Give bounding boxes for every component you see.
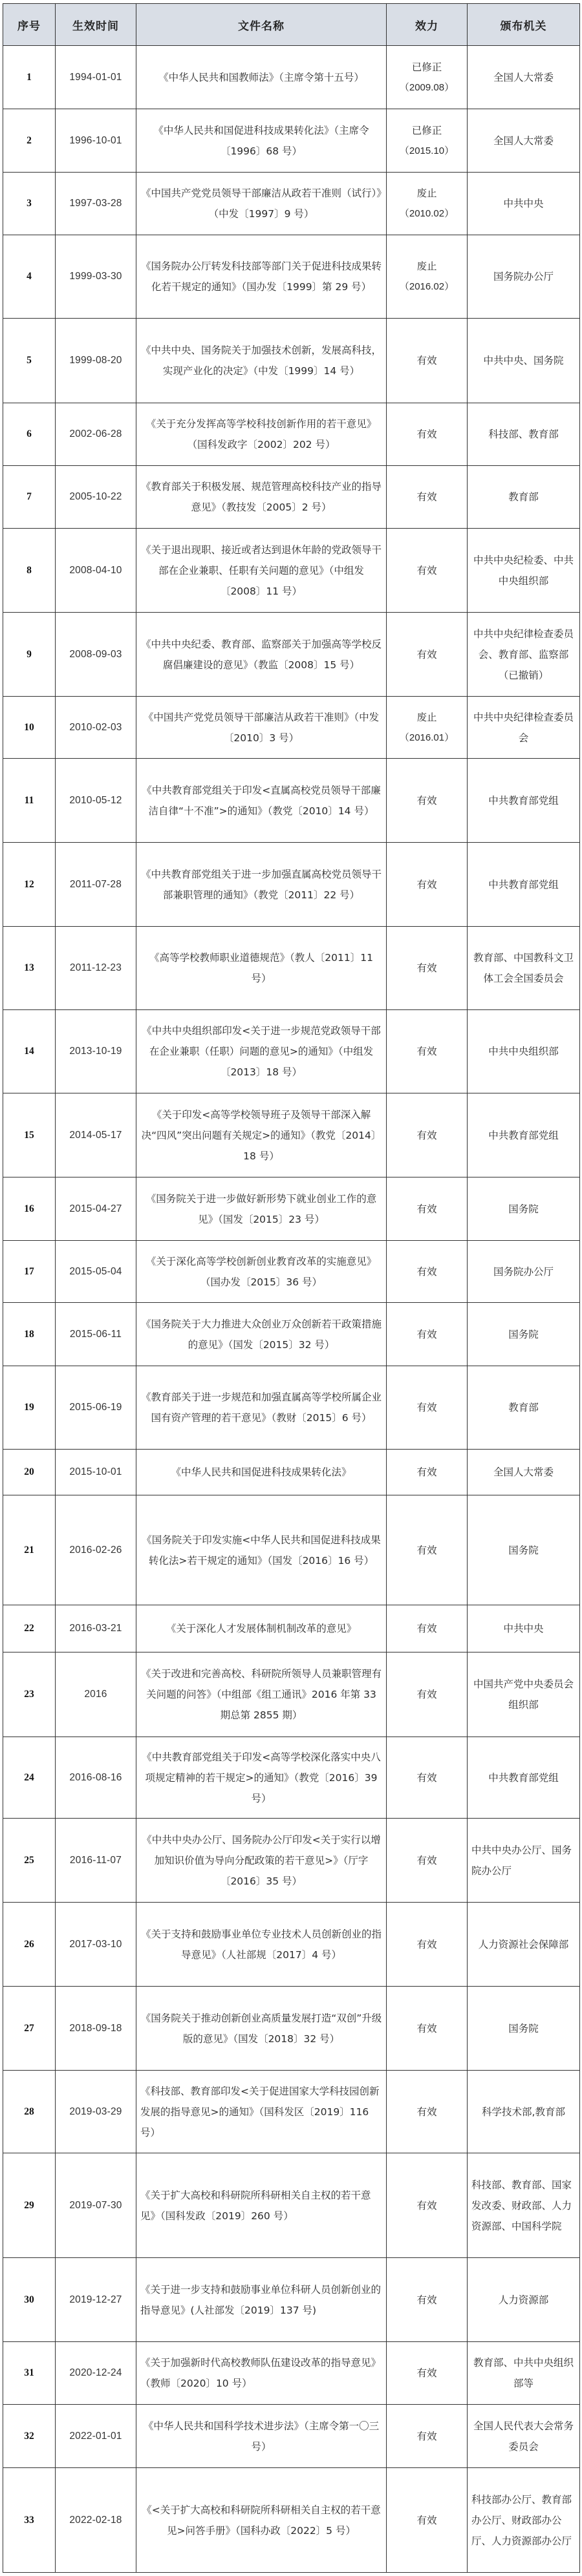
row-effective-date: 2019-03-29 xyxy=(56,2071,136,2153)
row-issuer: 中共中央组织部 xyxy=(468,1010,580,1093)
row-effective-date: 2019-07-30 xyxy=(56,2153,136,2258)
validity-status: 有效 xyxy=(416,1855,436,1866)
row-effective-date: 1996-10-01 xyxy=(56,109,136,173)
row-effective-date: 2011-07-28 xyxy=(56,843,136,927)
row-validity: 有效 xyxy=(387,403,468,466)
table-row: 11994-01-01《中华人民共和国教师法》（主席令第十五号）已修正（2009… xyxy=(3,46,580,109)
validity-status: 有效 xyxy=(416,2294,436,2306)
row-document-name: 《教育部关于进一步规范和加强直属高等学校所属企业国有资产管理的若干意见》（教财〔… xyxy=(136,1366,387,1450)
row-document-name: 《中华人民共和国促进科技成果转化法》（主席令〔1996〕68 号） xyxy=(136,109,387,173)
row-issuer: 国务院 xyxy=(468,1987,580,2071)
table-row: 262017-03-10《关于支持和鼓励事业单位专业技术人员创新创业的指导意见》… xyxy=(3,1903,580,1987)
validity-note: （2016.02） xyxy=(391,277,463,297)
header-issuer: 颁布机关 xyxy=(468,4,580,46)
row-effective-date: 2005-10-22 xyxy=(56,466,136,529)
validity-status: 有效 xyxy=(416,962,436,974)
row-effective-date: 2008-04-10 xyxy=(56,529,136,613)
table-row: 172015-05-04《关于深化高等学校创新创业教育改革的实施意见》（国办发〔… xyxy=(3,1241,580,1303)
row-index: 30 xyxy=(3,2258,56,2342)
row-issuer: 教育部 xyxy=(468,466,580,529)
row-document-name: 《科技部、教育部印发<关于促进国家大学科技园创新发展的指导意见>的通知》（国科发… xyxy=(136,2071,387,2153)
row-index: 17 xyxy=(3,1241,56,1303)
row-validity: 有效 xyxy=(387,1987,468,2071)
validity-status: 废止 xyxy=(416,260,436,272)
row-index: 33 xyxy=(3,2468,56,2573)
validity-status: 有效 xyxy=(416,2515,436,2526)
validity-status: 有效 xyxy=(416,1772,436,1784)
row-validity: 有效 xyxy=(387,466,468,529)
row-index: 12 xyxy=(3,843,56,927)
row-validity: 有效 xyxy=(387,319,468,403)
row-validity: 有效 xyxy=(387,1177,468,1241)
row-index: 31 xyxy=(3,2342,56,2405)
row-document-name: 《中共中央组织部印发<关于进一步规范党政领导干部在企业兼职（任职）问题的意见>的… xyxy=(136,1010,387,1093)
table-header-row: 序号 生效时间 文件名称 效力 颁布机关 xyxy=(3,4,580,46)
table-row: 162015-04-27《国务院关于进一步做好新形势下就业创业工作的意见》（国发… xyxy=(3,1177,580,1241)
row-index: 13 xyxy=(3,927,56,1010)
validity-status: 有效 xyxy=(416,1130,436,1141)
row-issuer: 国务院办公厅 xyxy=(468,1241,580,1303)
row-validity: 有效 xyxy=(387,2153,468,2258)
table-row: 112010-05-12《中共教育部党组关于印发<直属高校党员领导干部廉洁自律“… xyxy=(3,759,580,843)
row-validity: 有效 xyxy=(387,927,468,1010)
table-row: 312020-12-24《关于加强新时代高校教师队伍建设改革的指导意见》（教师〔… xyxy=(3,2342,580,2405)
table-row: 132011-12-23《高等学校教师职业道德规范》（教人〔2011〕11 号）… xyxy=(3,927,580,1010)
row-document-name: 《关于印发<高等学校领导班子及领导干部深入解决“四风”突出问题有关规定>的通知》… xyxy=(136,1093,387,1177)
row-index: 25 xyxy=(3,1819,56,1903)
row-effective-date: 2014-05-17 xyxy=(56,1093,136,1177)
row-index: 2 xyxy=(3,109,56,173)
row-effective-date: 2019-12-27 xyxy=(56,2258,136,2342)
row-index: 19 xyxy=(3,1366,56,1450)
validity-status: 有效 xyxy=(416,1329,436,1340)
row-issuer: 中共中央、国务院 xyxy=(468,319,580,403)
row-issuer: 人力资源社会保障部 xyxy=(468,1903,580,1987)
row-issuer: 科技部办公厅、教育部办公厅、财政部办公厅、人力资源部办公厅 xyxy=(468,2468,580,2573)
row-document-name: 《中国共产党党员领导干部廉洁从政若干准则》（中发〔2010〕3 号） xyxy=(136,697,387,759)
row-document-name: 《中华人民共和国促进科技成果转化法》 xyxy=(136,1450,387,1495)
row-validity: 有效 xyxy=(387,759,468,843)
policy-documents-table: 序号 生效时间 文件名称 效力 颁布机关 11994-01-01《中华人民共和国… xyxy=(3,3,580,2573)
row-index: 32 xyxy=(3,2405,56,2468)
table-row: 222016-03-21《关于深化人才发展体制机制改革的意见》有效中共中央 xyxy=(3,1605,580,1652)
row-issuer: 科技部、教育部、国家发改委、财政部、人力资源部、中国科学院 xyxy=(468,2153,580,2258)
validity-status: 有效 xyxy=(416,795,436,807)
table-row: 102010-02-03《中国共产党党员领导干部廉洁从政若干准则》（中发〔201… xyxy=(3,697,580,759)
row-issuer: 全国人大常委 xyxy=(468,46,580,109)
row-issuer: 国务院 xyxy=(468,1303,580,1366)
validity-status: 废止 xyxy=(416,712,436,723)
validity-note: （2016.01） xyxy=(391,728,463,748)
row-issuer: 人力资源部 xyxy=(468,2258,580,2342)
row-issuer: 中共中央 xyxy=(468,173,580,235)
table-row: 152014-05-17《关于印发<高等学校领导班子及领导干部深入解决“四风”突… xyxy=(3,1093,580,1177)
row-document-name: 《关于进一步支持和鼓励事业单位科研人员创新创业的指导意见》(人社部发〔2019〕… xyxy=(136,2258,387,2342)
row-index: 23 xyxy=(3,1652,56,1737)
row-issuer: 中共中央纪律检查委员会 xyxy=(468,697,580,759)
row-issuer: 中国共产党中央委员会组织部 xyxy=(468,1652,580,1737)
table-row: 272018-09-18《国务院关于推动创新创业高质量发展打造“双创”升级版的意… xyxy=(3,1987,580,2071)
row-document-name: 《国务院办公厅转发科技部等部门关于促进科技成果转化若干规定的通知》（国办发〔19… xyxy=(136,235,387,319)
row-validity: 废止（2016.01） xyxy=(387,697,468,759)
row-effective-date: 2015-06-19 xyxy=(56,1366,136,1450)
row-issuer: 中共中央 xyxy=(468,1605,580,1652)
row-index: 9 xyxy=(3,613,56,697)
row-validity: 有效 xyxy=(387,1495,468,1605)
row-issuer: 中共中央纪检委、中共中央组织部 xyxy=(468,529,580,613)
table-row: 212016-02-26《国务院关于印发实施<中华人民共和国促进科技成果转化法>… xyxy=(3,1495,580,1605)
row-index: 22 xyxy=(3,1605,56,1652)
row-validity: 有效 xyxy=(387,2468,468,2573)
validity-status: 有效 xyxy=(416,565,436,576)
row-issuer: 科学技术部,教育部 xyxy=(468,2071,580,2153)
validity-status: 有效 xyxy=(416,2431,436,2442)
table-row: 142013-10-19《中共中央组织部印发<关于进一步规范党政领导干部在企业兼… xyxy=(3,1010,580,1093)
row-validity: 已修正（2009.08） xyxy=(387,46,468,109)
row-index: 1 xyxy=(3,46,56,109)
row-effective-date: 2010-05-12 xyxy=(56,759,136,843)
row-effective-date: 2016 xyxy=(56,1652,136,1737)
header-document-name: 文件名称 xyxy=(136,4,387,46)
row-index: 21 xyxy=(3,1495,56,1605)
row-validity: 有效 xyxy=(387,1819,468,1903)
row-document-name: 《教育部关于积极发展、规范管理高校科技产业的指导意见》（教技发〔2005〕2 号… xyxy=(136,466,387,529)
row-document-name: 《中共中央纪委、教育部、监察部关于加强高等学校反腐倡廉建设的意见》（教监〔200… xyxy=(136,613,387,697)
row-validity: 有效 xyxy=(387,1366,468,1450)
row-validity: 废止（2010.02） xyxy=(387,173,468,235)
validity-status: 有效 xyxy=(416,1266,436,1278)
row-document-name: 《关于充分发挥高等学校科技创新作用的若干意见》（国科发政字〔2002〕202 号… xyxy=(136,403,387,466)
row-index: 6 xyxy=(3,403,56,466)
table-row: 72005-10-22《教育部关于积极发展、规范管理高校科技产业的指导意见》（教… xyxy=(3,466,580,529)
row-document-name: 《中共教育部党组关于印发<高等学校深化落实中央八项规定精神的若干规定>的通知》（… xyxy=(136,1737,387,1819)
row-effective-date: 2022-01-01 xyxy=(56,2405,136,2468)
row-validity: 有效 xyxy=(387,843,468,927)
row-effective-date: 1999-03-30 xyxy=(56,235,136,319)
validity-status: 有效 xyxy=(416,2200,436,2212)
row-validity: 有效 xyxy=(387,1450,468,1495)
row-validity: 已修正（2015.10） xyxy=(387,109,468,173)
header-validity: 效力 xyxy=(387,4,468,46)
row-effective-date: 2015-04-27 xyxy=(56,1177,136,1241)
row-validity: 有效 xyxy=(387,613,468,697)
row-document-name: 《关于退出现职、接近或者达到退休年龄的党政领导干部在企业兼职、任职有关问题的意见… xyxy=(136,529,387,613)
row-issuer: 国务院办公厅 xyxy=(468,235,580,319)
row-validity: 有效 xyxy=(387,2071,468,2153)
row-document-name: 《国务院关于大力推进大众创业万众创新若干政策措施的意见》（国发〔2015〕32 … xyxy=(136,1303,387,1366)
row-issuer: 国务院 xyxy=(468,1177,580,1241)
table-row: 252016-11-07《中共中央办公厅、国务院办公厅印发<关于实行以增加知识价… xyxy=(3,1819,580,1903)
row-index: 7 xyxy=(3,466,56,529)
table-row: 302019-12-27《关于进一步支持和鼓励事业单位科研人员创新创业的指导意见… xyxy=(3,2258,580,2342)
validity-status: 有效 xyxy=(416,1466,436,1478)
row-index: 26 xyxy=(3,1903,56,1987)
row-validity: 有效 xyxy=(387,1093,468,1177)
row-index: 27 xyxy=(3,1987,56,2071)
row-effective-date: 2016-02-26 xyxy=(56,1495,136,1605)
row-document-name: 《中国共产党党员领导干部廉洁从政若干准则（试行）》（中发〔1997〕9 号） xyxy=(136,173,387,235)
row-issuer: 全国人大常委 xyxy=(468,109,580,173)
row-issuer: 中共教育部党组 xyxy=(468,759,580,843)
row-validity: 有效 xyxy=(387,1903,468,1987)
table-row: 62002-06-28《关于充分发挥高等学校科技创新作用的若干意见》（国科发政字… xyxy=(3,403,580,466)
row-issuer: 教育部、中共中央组织部等 xyxy=(468,2342,580,2405)
table-row: 51999-08-20《中共中央、国务院关于加强技术创新，发展高科技，实现产业化… xyxy=(3,319,580,403)
row-document-name: 《国务院关于进一步做好新形势下就业创业工作的意见》（国发〔2015〕23 号） xyxy=(136,1177,387,1241)
row-effective-date: 2002-06-28 xyxy=(56,403,136,466)
table-body: 11994-01-01《中华人民共和国教师法》（主席令第十五号）已修正（2009… xyxy=(3,46,580,2573)
row-document-name: 《中共中央办公厅、国务院办公厅印发<关于实行以增加知识价值为导向分配政策的若干意… xyxy=(136,1819,387,1903)
row-document-name: 《关于深化人才发展体制机制改革的意见》 xyxy=(136,1605,387,1652)
row-index: 15 xyxy=(3,1093,56,1177)
row-effective-date: 2016-11-07 xyxy=(56,1819,136,1903)
row-issuer: 全国人民代表大会常务委员会 xyxy=(468,2405,580,2468)
row-effective-date: 1994-01-01 xyxy=(56,46,136,109)
row-index: 20 xyxy=(3,1450,56,1495)
row-document-name: 《关于支持和鼓励事业单位专业技术人员创新创业的指导意见》（人社部规〔2017〕4… xyxy=(136,1903,387,1987)
table-row: 242016-08-16《中共教育部党组关于印发<高等学校深化落实中央八项规定精… xyxy=(3,1737,580,1819)
row-issuer: 国务院 xyxy=(468,1495,580,1605)
row-document-name: 《关于改进和完善高校、科研院所领导人员兼职管理有关问题的问答》（中组部《组工通讯… xyxy=(136,1652,387,1737)
row-document-name: 《中华人民共和国教师法》（主席令第十五号） xyxy=(136,46,387,109)
row-issuer: 教育部 xyxy=(468,1366,580,1450)
row-effective-date: 2015-10-01 xyxy=(56,1450,136,1495)
row-document-name: 《关于加强新时代高校教师队伍建设改革的指导意见》（教师〔2020〕10 号） xyxy=(136,2342,387,2405)
row-issuer: 中共教育部党组 xyxy=(468,1093,580,1177)
validity-status: 有效 xyxy=(416,1939,436,1950)
row-index: 11 xyxy=(3,759,56,843)
header-index: 序号 xyxy=(3,4,56,46)
row-validity: 有效 xyxy=(387,1605,468,1652)
table-row: 41999-03-30《国务院办公厅转发科技部等部门关于促进科技成果转化若干规定… xyxy=(3,235,580,319)
table-row: 202015-10-01《中华人民共和国促进科技成果转化法》有效全国人大常委 xyxy=(3,1450,580,1495)
validity-note: （2010.02） xyxy=(391,204,463,224)
row-index: 4 xyxy=(3,235,56,319)
validity-status: 有效 xyxy=(416,355,436,366)
row-validity: 有效 xyxy=(387,2405,468,2468)
table-row: 122011-07-28《中共教育部党组关于进一步加强直属高校党员领导干部兼职管… xyxy=(3,843,580,927)
row-effective-date: 2017-03-10 xyxy=(56,1903,136,1987)
row-index: 29 xyxy=(3,2153,56,2258)
validity-status: 有效 xyxy=(416,1623,436,1634)
table-row: 21996-10-01《中华人民共和国促进科技成果转化法》（主席令〔1996〕6… xyxy=(3,109,580,173)
row-validity: 有效 xyxy=(387,2258,468,2342)
row-issuer: 中共教育部党组 xyxy=(468,1737,580,1819)
validity-status: 有效 xyxy=(416,2106,436,2118)
row-document-name: 《高等学校教师职业道德规范》（教人〔2011〕11 号） xyxy=(136,927,387,1010)
row-index: 10 xyxy=(3,697,56,759)
table-row: 292019-07-30《关于扩大高校和科研院所科研相关自主权的若干意见》（国科… xyxy=(3,2153,580,2258)
row-index: 3 xyxy=(3,173,56,235)
validity-note: （2009.08） xyxy=(391,78,463,98)
row-effective-date: 2013-10-19 xyxy=(56,1010,136,1093)
row-validity: 有效 xyxy=(387,1010,468,1093)
row-document-name: 《中共中央、国务院关于加强技术创新，发展高科技，实现产业化的决定》（中发〔199… xyxy=(136,319,387,403)
row-document-name: 《国务院关于印发实施<中华人民共和国促进科技成果转化法>若干规定的通知》（国发〔… xyxy=(136,1495,387,1605)
header-effective-date: 生效时间 xyxy=(56,4,136,46)
row-document-name: 《国务院关于推动创新创业高质量发展打造“双创”升级版的意见》（国发〔2018〕3… xyxy=(136,1987,387,2071)
row-index: 5 xyxy=(3,319,56,403)
table-row: 332022-02-18《<关于扩大高校和科研院所科研相关自主权的若干意见>问答… xyxy=(3,2468,580,2573)
validity-status: 有效 xyxy=(416,649,436,660)
row-validity: 有效 xyxy=(387,1241,468,1303)
row-index: 28 xyxy=(3,2071,56,2153)
row-effective-date: 1997-03-28 xyxy=(56,173,136,235)
validity-status: 废止 xyxy=(416,187,436,199)
table-row: 192015-06-19《教育部关于进一步规范和加强直属高等学校所属企业国有资产… xyxy=(3,1366,580,1450)
row-document-name: 《中共教育部党组关于印发<直属高校党员领导干部廉洁自律“十不准”>的通知》（教党… xyxy=(136,759,387,843)
row-document-name: 《关于扩大高校和科研院所科研相关自主权的若干意见》（国科发政〔2019〕260 … xyxy=(136,2153,387,2258)
table-row: 232016《关于改进和完善高校、科研院所领导人员兼职管理有关问题的问答》（中组… xyxy=(3,1652,580,1737)
table-row: 31997-03-28《中国共产党党员领导干部廉洁从政若干准则（试行）》（中发〔… xyxy=(3,173,580,235)
row-validity: 有效 xyxy=(387,529,468,613)
validity-status: 有效 xyxy=(416,2023,436,2034)
row-effective-date: 2008-09-03 xyxy=(56,613,136,697)
row-document-name: 《<关于扩大高校和科研院所科研相关自主权的若干意见>问答手册》（国科办政〔202… xyxy=(136,2468,387,2573)
row-issuer: 科技部、教育部 xyxy=(468,403,580,466)
row-effective-date: 2018-09-18 xyxy=(56,1987,136,2071)
validity-status: 有效 xyxy=(416,491,436,503)
row-index: 18 xyxy=(3,1303,56,1366)
row-issuer: 中共教育部党组 xyxy=(468,843,580,927)
validity-status: 有效 xyxy=(416,1203,436,1215)
row-effective-date: 2015-06-11 xyxy=(56,1303,136,1366)
row-document-name: 《中华人民共和国科学技术进步法》（主席令第一〇三号） xyxy=(136,2405,387,2468)
row-index: 8 xyxy=(3,529,56,613)
row-index: 16 xyxy=(3,1177,56,1241)
row-effective-date: 2016-03-21 xyxy=(56,1605,136,1652)
validity-status: 已修正 xyxy=(412,125,442,136)
row-validity: 有效 xyxy=(387,1737,468,1819)
table-row: 322022-01-01《中华人民共和国科学技术进步法》（主席令第一〇三号）有效… xyxy=(3,2405,580,2468)
validity-status: 已修正 xyxy=(412,61,442,73)
validity-status: 有效 xyxy=(416,1689,436,1700)
row-effective-date: 2016-08-16 xyxy=(56,1737,136,1819)
row-issuer: 全国人大常委 xyxy=(468,1450,580,1495)
row-effective-date: 2022-02-18 xyxy=(56,2468,136,2573)
row-effective-date: 2010-02-03 xyxy=(56,697,136,759)
row-effective-date: 1999-08-20 xyxy=(56,319,136,403)
row-effective-date: 2020-12-24 xyxy=(56,2342,136,2405)
row-validity: 有效 xyxy=(387,2342,468,2405)
row-document-name: 《关于深化高等学校创新创业教育改革的实施意见》（国办发〔2015〕36 号） xyxy=(136,1241,387,1303)
validity-status: 有效 xyxy=(416,1545,436,1556)
validity-status: 有效 xyxy=(416,2367,436,2379)
row-validity: 废止（2016.02） xyxy=(387,235,468,319)
validity-status: 有效 xyxy=(416,1046,436,1057)
validity-status: 有效 xyxy=(416,428,436,440)
row-document-name: 《中共教育部党组关于进一步加强直属高校党员领导干部兼职管理的通知》（教党〔201… xyxy=(136,843,387,927)
validity-note: （2015.10） xyxy=(391,141,463,162)
row-issuer: 中共中央纪律检查委员会、教育部、监察部（已撤销） xyxy=(468,613,580,697)
table-row: 82008-04-10《关于退出现职、接近或者达到退休年龄的党政领导干部在企业兼… xyxy=(3,529,580,613)
table-row: 182015-06-11《国务院关于大力推进大众创业万众创新若干政策措施的意见》… xyxy=(3,1303,580,1366)
table-row: 282019-03-29《科技部、教育部印发<关于促进国家大学科技园创新发展的指… xyxy=(3,2071,580,2153)
row-effective-date: 2011-12-23 xyxy=(56,927,136,1010)
row-issuer: 中共中央办公厅、国务院办公厅 xyxy=(468,1819,580,1903)
row-index: 24 xyxy=(3,1737,56,1819)
row-issuer: 教育部、中国教科文卫体工会全国委员会 xyxy=(468,927,580,1010)
row-validity: 有效 xyxy=(387,1652,468,1737)
row-effective-date: 2015-05-04 xyxy=(56,1241,136,1303)
validity-status: 有效 xyxy=(416,879,436,891)
row-index: 14 xyxy=(3,1010,56,1093)
table-row: 92008-09-03《中共中央纪委、教育部、监察部关于加强高等学校反腐倡廉建设… xyxy=(3,613,580,697)
row-validity: 有效 xyxy=(387,1303,468,1366)
validity-status: 有效 xyxy=(416,1402,436,1413)
